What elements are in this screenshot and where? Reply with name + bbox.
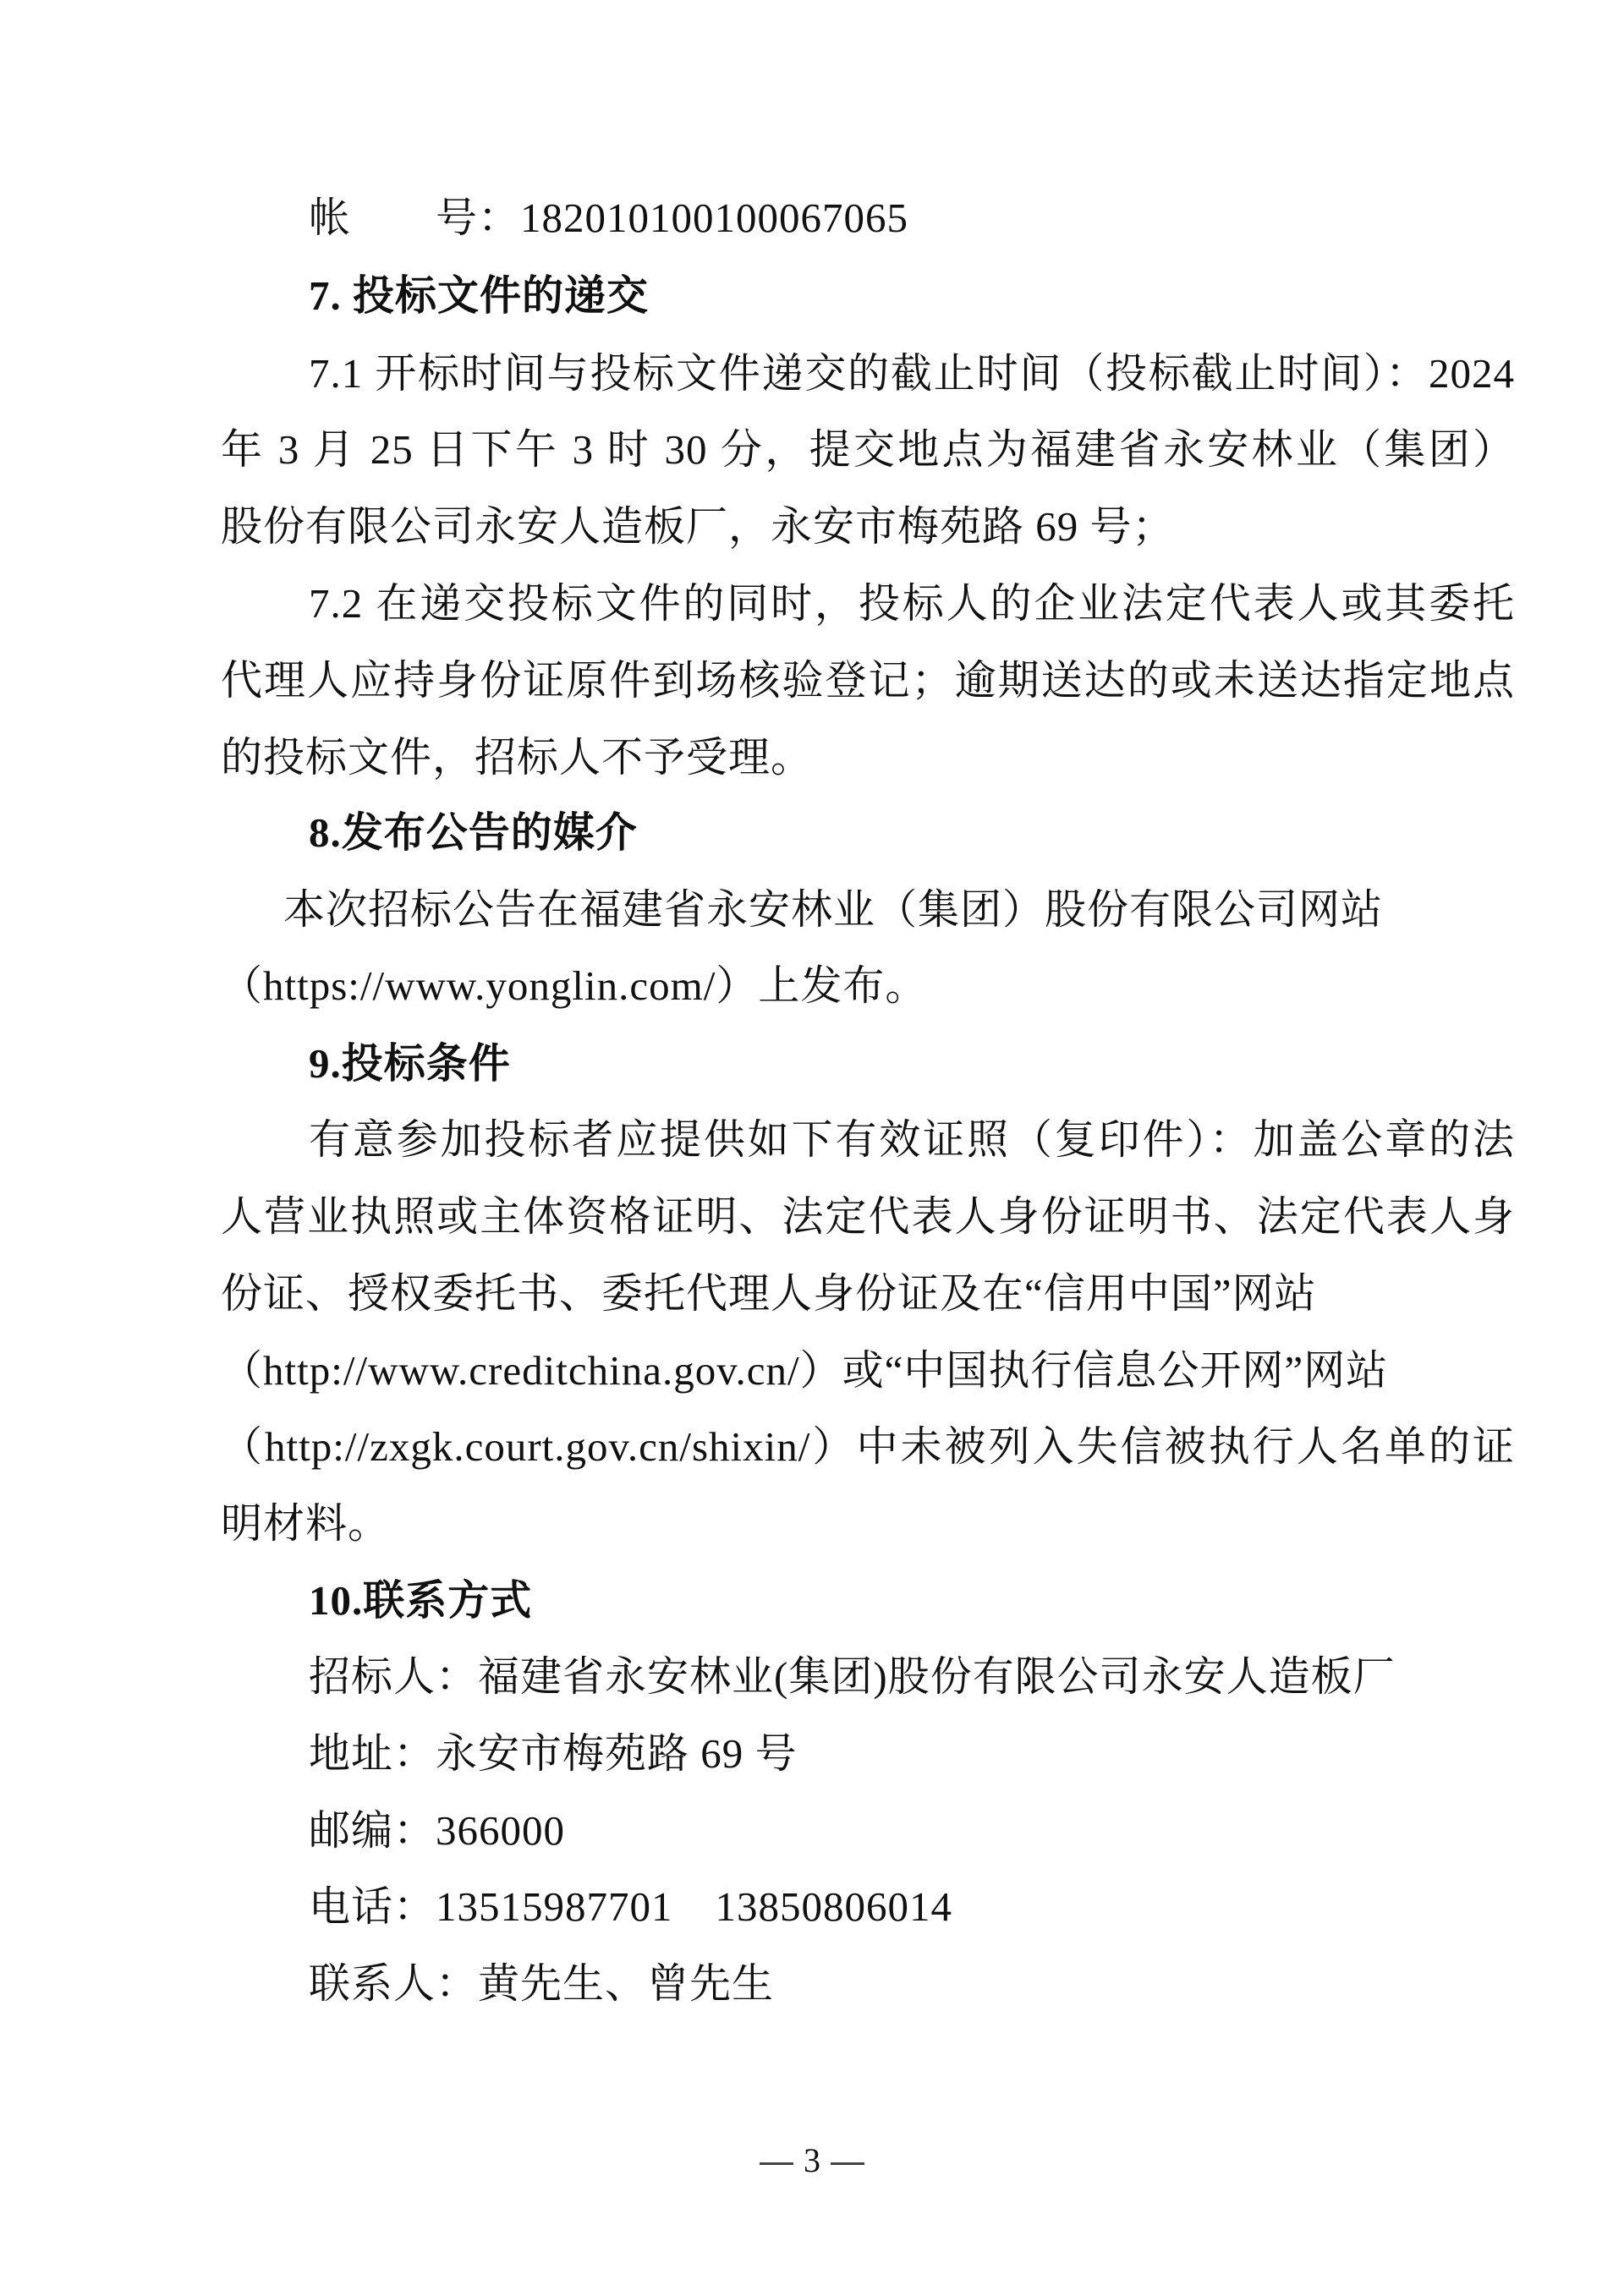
paragraph-7-1-line-3: 股份有限公司永安人造板厂，永安市梅苑路 69 号； bbox=[221, 501, 1515, 552]
section-9-line-6: 明材料。 bbox=[221, 1499, 1515, 1549]
account-number-line: 帐 号：182010100100067065 bbox=[309, 193, 1515, 244]
account-value: 182010100100067065 bbox=[520, 195, 908, 241]
paragraph-7-2-line-3: 的投标文件，招标人不予受理。 bbox=[221, 732, 1515, 783]
contact-phone: 电话：13515987701 13850806014 bbox=[309, 1882, 1515, 1932]
section-9-line-2: 人营业执照或主体资格证明、法定代表人身份证明书、法定代表人身 bbox=[221, 1192, 1515, 1242]
dash-right bbox=[831, 2162, 864, 2165]
dash-left bbox=[760, 2162, 793, 2165]
section-8-line-2: （https://www.yonglin.com/）上发布。 bbox=[221, 961, 1515, 1011]
page-number-footer: 3 bbox=[0, 2140, 1624, 2182]
paragraph-7-1-line-1: 7.1 开标时间与投标文件递交的截止时间（投标截止时间）：2024 bbox=[309, 348, 1515, 399]
contact-postcode: 邮编：366000 bbox=[309, 1806, 1515, 1856]
paragraph-7-1-line-2: 年 3 月 25 日下午 3 时 30 分，提交地点为福建省永安林业（集团） bbox=[221, 425, 1515, 475]
section-9-line-5: （http://zxgk.court.gov.cn/shixin/）中未被列入失… bbox=[221, 1422, 1515, 1472]
page-number: 3 bbox=[804, 2141, 820, 2179]
paragraph-7-2-line-2: 代理人应持身份证原件到场核验登记；逾期送达的或未送达指定地点 bbox=[221, 655, 1515, 706]
section-8-line-1: 本次招标公告在福建省永安林业（集团）股份有限公司网站 bbox=[283, 885, 1577, 935]
paragraph-7-2-line-1: 7.2 在递交投标文件的同时，投标人的企业法定代表人或其委托 bbox=[309, 578, 1515, 629]
contact-tenderer: 招标人：福建省永安林业(集团)股份有限公司永安人造板厂 bbox=[309, 1652, 1515, 1702]
section-9-line-4: （http://www.creditchina.gov.cn/）或“中国执行信息… bbox=[221, 1345, 1515, 1396]
account-label: 帐 号： bbox=[309, 195, 520, 241]
section-7-heading: 7. 投标文件的递交 bbox=[309, 271, 1515, 321]
section-9-heading: 9.投标条件 bbox=[309, 1038, 1515, 1089]
section-8-heading: 8.发布公告的媒介 bbox=[309, 808, 1515, 858]
contact-address: 地址：永安市梅苑路 69 号 bbox=[309, 1729, 1515, 1779]
section-9-line-1: 有意参加投标者应提供如下有效证照（复印件）：加盖公章的法 bbox=[309, 1115, 1515, 1165]
section-10-heading: 10.联系方式 bbox=[309, 1575, 1515, 1626]
section-9-line-3: 份证、授权委托书、委托代理人身份证及在“信用中国”网站 bbox=[221, 1269, 1515, 1319]
contact-person: 联系人：黄先生、曾先生 bbox=[309, 1959, 1515, 2009]
